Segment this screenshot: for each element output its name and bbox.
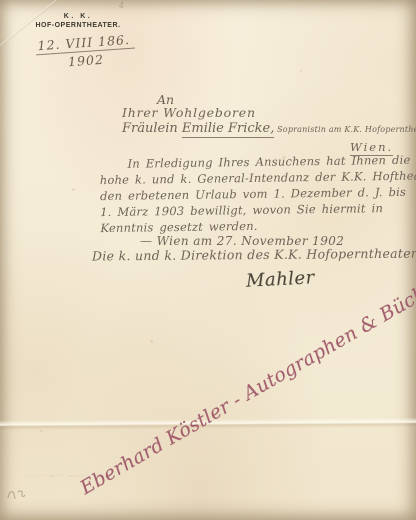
honorific: Ihrer Wohlgeboren <box>122 105 256 120</box>
letter-body: In Erledigung Ihres Ansuchens hat Ihnen … <box>99 152 400 236</box>
top-pencil-mark: 4 <box>119 1 124 10</box>
recipient-name-prefix: Fräulein <box>122 121 182 136</box>
letterhead-line2: HOF-OPERNTHEATER. <box>34 22 122 29</box>
registry-number: 12. VIII 186. 1902 <box>35 29 136 72</box>
pencil-mark <box>6 486 30 502</box>
paper-speck <box>300 70 302 72</box>
recipient-title: Sopranistin am K.K. Hofoperntheater <box>274 125 416 134</box>
letterhead: K. K. HOF-OPERNTHEATER. <box>34 13 122 29</box>
paper-speck <box>150 340 153 343</box>
recipient-name: Emilie Fricke, <box>182 121 275 138</box>
paper-speck <box>72 188 75 191</box>
scanned-letter: K. K. HOF-OPERNTHEATER. 12. VIII 186. 19… <box>0 0 416 520</box>
recipient-line: Fräulein Emilie Fricke, Sopranistin am K… <box>122 121 416 136</box>
letterhead-line1: K. K. <box>34 13 122 20</box>
sender-line: Die k. und k. Direktion des K.K. Hofoper… <box>92 246 416 264</box>
mahler-signature: Mahler <box>245 267 315 292</box>
